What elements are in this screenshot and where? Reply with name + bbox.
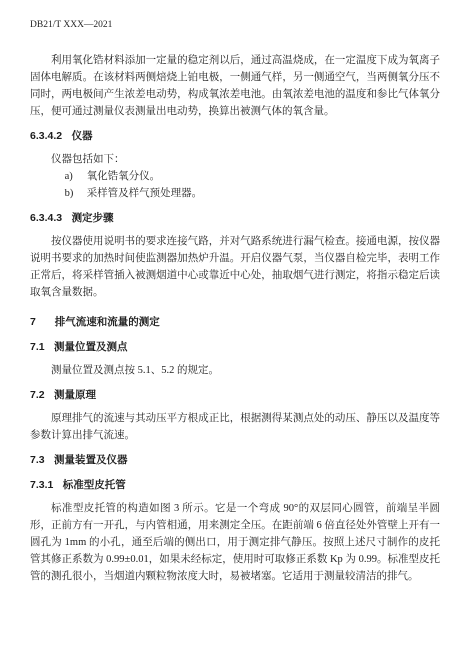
list-item-text: 采样管及样气预处理器。 bbox=[87, 185, 440, 202]
heading-title: 测定步骤 bbox=[72, 212, 114, 224]
heading-measurement-position: 7.1测量位置及测点 bbox=[30, 339, 440, 356]
heading-title: 测量装置及仪器 bbox=[54, 454, 128, 466]
list-item: b) 采样管及样气预处理器。 bbox=[65, 185, 440, 202]
heading-number: 7 bbox=[30, 316, 36, 328]
heading-measurement-procedure: 6.3.4.3测定步骤 bbox=[30, 210, 440, 227]
heading-title: 测量原理 bbox=[54, 389, 96, 401]
document-body: 利用氧化锆材料添加一定量的稳定剂以后，通过高温烧成，在一定温度下成为氧离子固体电… bbox=[30, 52, 440, 585]
paragraph-measurement-position: 测量位置及测点按 5.1、5.2 的规定。 bbox=[30, 362, 440, 379]
paragraph-measurement-procedure: 按仪器使用说明书的要求连接气路，并对气路系统进行漏气检查。接通电源，按仪器说明书… bbox=[30, 233, 440, 301]
paragraph-zirconia-principle: 利用氧化锆材料添加一定量的稳定剂以后，通过高温烧成，在一定温度下成为氧离子固体电… bbox=[30, 52, 440, 120]
heading-measurement-equipment: 7.3测量装置及仪器 bbox=[30, 452, 440, 469]
list-item: a) 氧化锆氧分仪。 bbox=[65, 168, 440, 185]
heading-number: 7.2 bbox=[30, 389, 45, 401]
heading-title: 测量位置及测点 bbox=[54, 341, 128, 353]
heading-measurement-principle: 7.2测量原理 bbox=[30, 387, 440, 404]
paragraph-instruments-intro: 仪器包括如下： bbox=[30, 151, 440, 168]
instrument-list: a) 氧化锆氧分仪。 b) 采样管及样气预处理器。 bbox=[65, 168, 440, 202]
heading-title: 排气流速和流量的测定 bbox=[55, 316, 160, 328]
chapter-heading-exhaust-flow: 7排气流速和流量的测定 bbox=[30, 314, 440, 331]
heading-standard-pitot-tube: 7.3.1标准型皮托管 bbox=[30, 477, 440, 494]
heading-title: 标准型皮托管 bbox=[63, 479, 126, 491]
heading-number: 7.3.1 bbox=[30, 479, 53, 491]
standard-number: DB21/T XXX—2021 bbox=[30, 20, 112, 30]
page-header: DB21/T XXX—2021 bbox=[30, 20, 440, 31]
list-item-text: 氧化锆氧分仪。 bbox=[87, 168, 440, 185]
heading-instruments: 6.3.4.2仪器 bbox=[30, 128, 440, 145]
heading-number: 6.3.4.2 bbox=[30, 130, 62, 142]
document-page: DB21/T XXX—2021 利用氧化锆材料添加一定量的稳定剂以后，通过高温烧… bbox=[0, 0, 471, 645]
list-item-label: b) bbox=[65, 185, 87, 202]
paragraph-measurement-principle: 原理排气的流速与其动压平方根成正比，根据测得某测点处的动压、静压以及温度等参数计… bbox=[30, 410, 440, 444]
heading-title: 仪器 bbox=[72, 130, 93, 142]
list-item-label: a) bbox=[65, 168, 87, 185]
heading-number: 6.3.4.3 bbox=[30, 212, 62, 224]
heading-number: 7.3 bbox=[30, 454, 45, 466]
heading-number: 7.1 bbox=[30, 341, 45, 353]
paragraph-pitot-tube-description: 标准型皮托管的构造如图 3 所示。它是一个弯成 90°的双层同心圆管，前端呈半圆… bbox=[30, 500, 440, 585]
